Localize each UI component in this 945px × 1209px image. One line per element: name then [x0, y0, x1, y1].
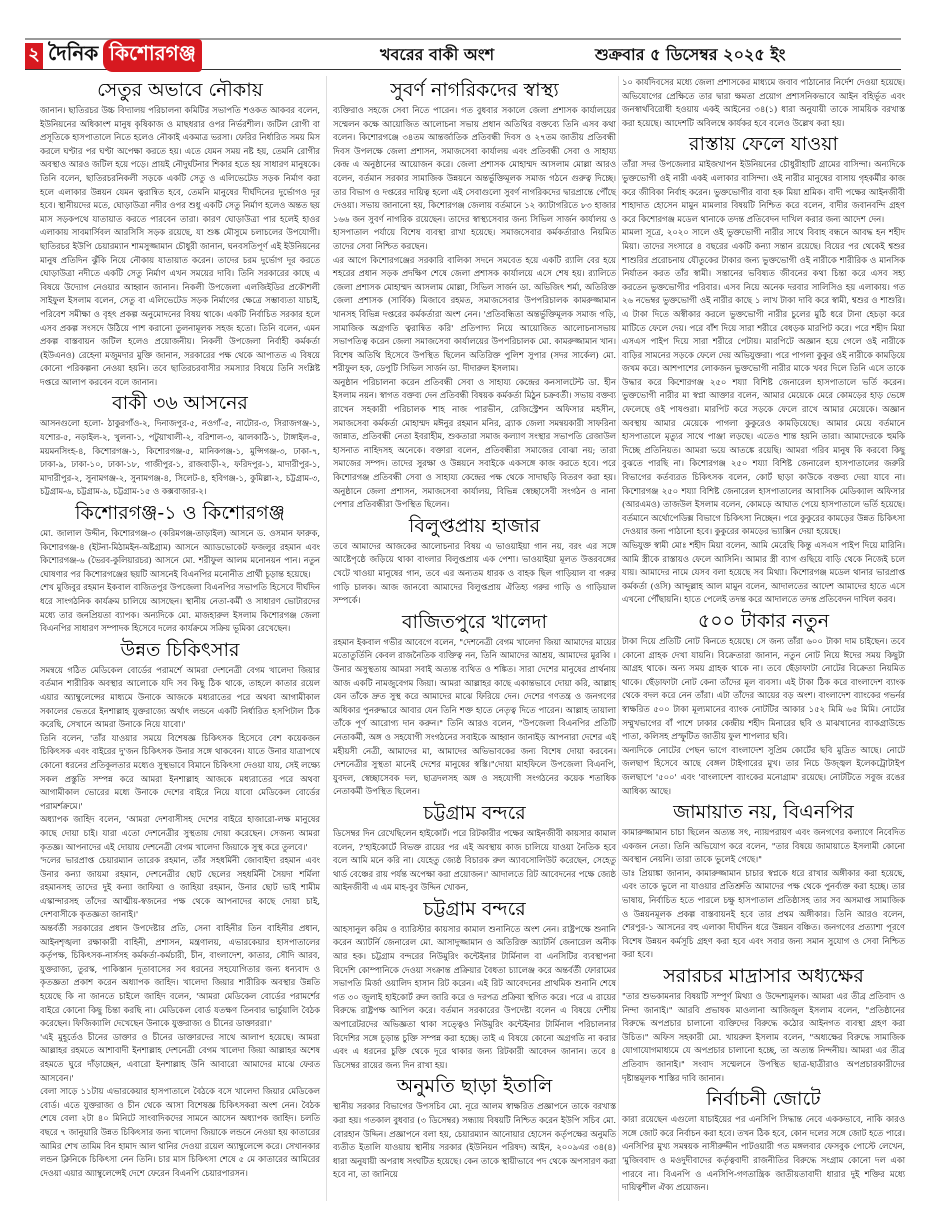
column-2: সুবর্ণ নাগরিকদের স্বাস্থ্য ব্যক্তিরাও সহ… [333, 76, 616, 1182]
article-headline: ৫০০ টাকার নতুন [622, 609, 905, 633]
article-paragraph: অনুষ্ঠান পরিচালনা করেন প্রতিবন্ধী সেবা ও… [333, 376, 616, 512]
article-paragraph: রহমান ইকবাল গভীর আবেগে বলেন, "দেশনেত্রী … [333, 636, 616, 799]
article-paragraph: অভিযুক্ত স্বামী মোঃ শহীদ মিয়া বলেন, আমি… [622, 539, 905, 607]
article-paragraph: আহসানুল করিম ও ব্যারিস্টার কায়সার কামাল… [333, 923, 616, 1073]
article-paragraph: 'দলের ভারপ্রাপ্ত চেয়ারম্যান তারেক রহমান… [40, 854, 320, 922]
article-headline: বাকী ৩৬ আসনের [40, 391, 320, 415]
article-headline: অনুমতি ছাড়া ইতালি [333, 1074, 616, 1098]
article-paragraph: তিনি বলেন, 'তাঁর যাওয়ার সময়ে বিশেষজ্ঞ … [40, 732, 320, 814]
page-number: ২ [25, 43, 43, 69]
article-paragraph: ব্যক্তিরাও সহজে সেবা নিতে পারেন। গত বুধব… [333, 104, 616, 254]
article-kishoreganj-1: কিশোরগঞ্জ-১ ও কিশোরগঞ্জ মো. জালাল উদ্দীন… [40, 501, 320, 636]
article-headline: বাজিতপুরে খালেদা [333, 610, 616, 634]
brand-name: কিশোরগঞ্জ [103, 39, 202, 72]
article-paragraph: স্থানীয় সরকার বিভাগের উপসচিব মো. নূরে আ… [333, 1100, 616, 1182]
article-onumoti-chara-itali: অনুমতি ছাড়া ইতালি স্থানীয় সরকার বিভাগে… [333, 1074, 616, 1182]
article-bajitpure-khaleda: বাজিতপুরে খালেদা রহমান ইকবাল গভীর আবেগে … [333, 610, 616, 799]
article-paragraph: শেখ মুজিবুর রহমান ইকবাল বাজিতপুর উপজেলা … [40, 581, 320, 635]
article-biluptoprai: বিলুপ্তপ্রায় হাজার তবে আমাদের আজকের আলো… [333, 514, 616, 608]
article-paragraph: অধ্যাপক জাহিদ বলেন, 'আমরা দেশবাসীসহ দেশে… [40, 813, 320, 854]
article-headline: উন্নত চিকিৎসার [40, 638, 320, 662]
article-headline: সুবর্ণ নাগরিকদের স্বাস্থ্য [333, 78, 616, 102]
article-paragraph: আসনগুলো হলো- ঠাকুরগাঁও-২, দিনাজপুর-৫, নও… [40, 417, 320, 499]
article-paragraph: তবে আমাদের আজকের আলোচনার বিষয় এ ভাওয়াই… [333, 540, 616, 608]
column-1: সেতুর অভাবে নৌকায় জানান। ছাতিরচর উচ্চ ব… [40, 76, 320, 1180]
article-headline: চট্টগ্রাম বন্দরে [333, 801, 616, 825]
article-headline: সরারচর মাদ্রাসার অধ্যক্ষের [622, 964, 905, 988]
article-paragraph: কারা রয়েছেন এগুলো যাচাইয়ের পর এনসিপি স… [622, 1113, 905, 1195]
column-3: ১০ কার্যদিবসের মধ্যে জেলা প্রশাসকের মাধ্… [622, 76, 905, 1195]
article-jamayat-noy: জামায়াত নয়, বিএনপির কামারুজ্জামান চাচা… [622, 800, 905, 962]
article-paragraph: অন্যদিকে নোটের পেছন ভাগে বাংলাদেশ সুপ্রি… [622, 744, 905, 798]
article-baki-36-asoner: বাকী ৩৬ আসনের আসনগুলো হলো- ঠাকুরগাঁও-২, … [40, 391, 320, 499]
article-paragraph: সমন্বয়ে গঠিত মেডিকেল বোর্ডের পরামর্শে আ… [40, 664, 320, 732]
article-paragraph: কামারুজ্জামান চাচা ছিলেন অত্যন্ত সৎ, ন্য… [622, 826, 905, 867]
article-unnoto-chikitsar: উন্নত চিকিৎসার সমন্বয়ে গঠিত মেডিকেল বোর… [40, 638, 320, 1181]
article-paragraph: ডিসেম্বর দিন রেখেছিলেন হাইকোর্ট। পরে রিট… [333, 827, 616, 895]
article-nirbachoni-jote: নির্বাচনী জোটে কারা রয়েছেন এগুলো যাচাইয… [622, 1087, 905, 1195]
article-chattogram-bondore-1: চট্টগ্রাম বন্দরে ডিসেম্বর দিন রেখেছিলেন … [333, 801, 616, 895]
masthead: ২ দৈনিক কিশোরগঞ্জ খবরের বাকী অংশ শুক্রবা… [25, 42, 901, 70]
column-divider [326, 76, 327, 1201]
article-headline: নির্বাচনী জোটে [622, 1087, 905, 1111]
issue-date: শুক্রবার ৫ ডিসেম্বর ২০২৫ ইং [595, 42, 786, 69]
brand-prefix: দৈনিক [48, 39, 98, 72]
article-headline: কিশোরগঞ্জ-১ ও কিশোরগঞ্জ [40, 501, 320, 525]
article-headline: সেতুর অভাবে নৌকায় [40, 78, 320, 102]
article-paragraph: 'এই মুহূর্তেও চীনের ডাক্তার ও চীনের ডাক্… [40, 1031, 320, 1085]
article-paragraph: মো. জালাল উদ্দীন, কিশোরগঞ্জ-৩ (করিমগঞ্জ-… [40, 527, 320, 581]
article-500-takar: ৫০০ টাকার নতুন টাকা দিয়ে প্রতিটি নোট কি… [622, 609, 905, 798]
article-subarna-nagorik: সুবর্ণ নাগরিকদের স্বাস্থ্য ব্যক্তিরাও সহ… [333, 78, 616, 512]
article-chattogram-bondore-2: চট্টগ্রাম বন্দরে আহসানুল করিম ও ব্যারিস্… [333, 897, 616, 1073]
article-headline: চট্টগ্রাম বন্দরে [333, 897, 616, 921]
article-paragraph: টাকা দিয়ে প্রতিটি নোট কিনতে হয়েছে। সে … [622, 635, 905, 744]
article-paragraph: ডাঃ প্রিয়াঙ্কা জানান, কামারুজ্জামান চাচ… [622, 867, 905, 962]
article-headline: জামায়াত নয়, বিএনপির [622, 800, 905, 824]
article-paragraph: জানান। ছাতিরচর উচ্চ বিদ্যালয় পরিচালনা ক… [40, 104, 320, 389]
section-title: খবরের বাকী অংশ [380, 42, 494, 69]
column-divider [618, 76, 619, 1201]
article-headline: রাস্তায় ফেলে যাওয়া [622, 132, 905, 156]
article-sararchar-madrasa: সরারচর মাদ্রাসার অধ্যক্ষের "তার শুভকামনা… [622, 964, 905, 1085]
article-setur-obhabe: সেতুর অভাবে নৌকায় জানান। ছাতিরচর উচ্চ ব… [40, 78, 320, 389]
article-paragraph: মামলা সূত্রে, ২০২০ সালে ওই ভুক্তভোগী নার… [622, 226, 905, 539]
article-paragraph: তাঁরা সদর উপজেলার মাইজখাপন ইউনিয়নের চৌধ… [622, 158, 905, 226]
article-paragraph: "তার শুভকামনার বিষয়টি সম্পূর্ণ মিথ্যা ও… [622, 990, 905, 1085]
article-headline: বিলুপ্তপ্রায় হাজার [333, 514, 616, 538]
article-paragraph: এর আগে কিশোরগঞ্জের সরকারি বালিকা সদনে সম… [333, 254, 616, 376]
article-paragraph: বেলা সাড়ে ১১টায় এভারকেয়ার হাসপাতালে ব… [40, 1085, 320, 1180]
article-paragraph: অন্তর্বর্তী সরকারের প্রধান উপদেষ্টার প্র… [40, 922, 320, 1031]
article-paragraph: ১০ কার্যদিবসের মধ্যে জেলা প্রশাসকের মাধ্… [622, 76, 905, 130]
article-continuation: ১০ কার্যদিবসের মধ্যে জেলা প্রশাসকের মাধ্… [622, 76, 905, 130]
article-rastay-fele: রাস্তায় ফেলে যাওয়া তাঁরা সদর উপজেলার ম… [622, 132, 905, 607]
